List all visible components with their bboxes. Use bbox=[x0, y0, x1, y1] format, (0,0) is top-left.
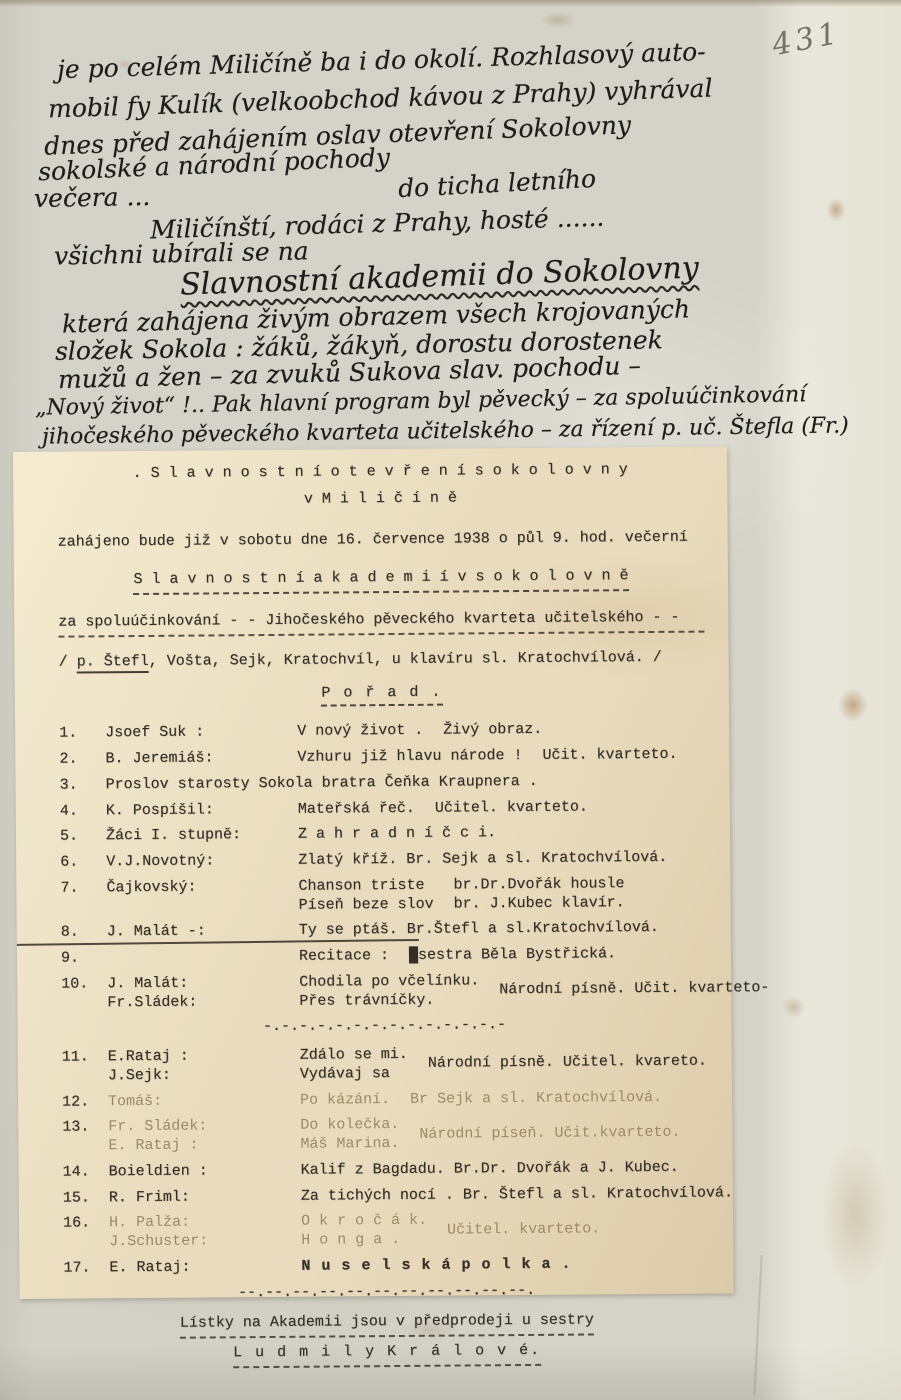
program-item: 13.Fr. Sládek:E. Rataj :Do kolečka.Máš M… bbox=[62, 1114, 708, 1157]
program-item: 11.E.Rataj :J.Sejk:Zdálo se mi.Vydávaj s… bbox=[62, 1044, 708, 1087]
program-item: 12.Tomáš:Po kázání.Br Sejk a sl. Kratoch… bbox=[62, 1088, 708, 1112]
handwriting-line: večera ... bbox=[34, 182, 151, 213]
program-separator: --.--.--.--.--.--.--.--.--.--.--. bbox=[64, 1280, 710, 1304]
program-item: 5.Žáci I. stupně:Z a h r a d n í č c i. bbox=[60, 823, 706, 847]
foxing-stain bbox=[826, 198, 846, 222]
flyer-date-line: zahájeno bude již v sobotu dne 16. červe… bbox=[58, 528, 704, 552]
program-item: 17.E. Rataj:N u s e l s k á p o l k a . bbox=[63, 1254, 709, 1278]
flyer-title-line1: . S l a v n o s t n í o t e v ř e n í s … bbox=[57, 461, 703, 485]
program-item: 2.B. Jeremiáš:Vzhuru již hlavu národe !U… bbox=[59, 746, 705, 770]
program-item: 15.R. Friml:Za tichých nocí . Br. Štefl … bbox=[63, 1184, 709, 1208]
program-item: 6.V.J.Novotný:Zlatý kříž. Br. Sejk a sl.… bbox=[60, 849, 706, 873]
program-title: P o ř a d . bbox=[321, 683, 442, 707]
program-item: 4.K. Pospíšil:Mateřská řeč.Učitel. kvart… bbox=[60, 797, 706, 821]
handwriting-line: jihočeského pěveckého kvarteta učitelské… bbox=[42, 413, 849, 449]
performers-rest: , Vošta, Sejk, Kratochvíl, u klavíru sl.… bbox=[149, 649, 662, 670]
handwriting-line: do ticha letního bbox=[397, 164, 596, 203]
flyer-performers-line: / p. Štefl, Vošta, Sejk, Kratochvíl, u k… bbox=[59, 648, 705, 672]
program-item: 8.J. Malát -:Ty se ptáš. Br.Štefl a sl.K… bbox=[61, 919, 707, 943]
program-item: 1.Jsoef Suk :V nový život .Živý obraz. bbox=[59, 720, 705, 744]
flyer-cooperation-line: za spoluúčinkování - - Jihočeského pěvec… bbox=[58, 609, 704, 638]
flyer-footer-line2: L u d m i l y K r á l o v é. bbox=[64, 1341, 710, 1370]
program-separator: -.-.-.-.-.-.-.-.-.-.-.-.-.- bbox=[61, 1015, 707, 1039]
foxing-stain bbox=[820, 1140, 890, 1290]
flyer-footer-line1: Lístky na Akademii jsou v předprodeji u … bbox=[64, 1311, 710, 1340]
program-list: 1.Jsoef Suk :V nový život .Živý obraz.2.… bbox=[59, 720, 710, 1304]
performers-prefix: / bbox=[59, 653, 77, 670]
program-item: 9.Recitace :█sestra Běla Bystřická. bbox=[61, 945, 707, 969]
program-title-wrap: P o ř a d . bbox=[59, 681, 705, 709]
flyer-heading: S l a v n o s t n í a k a d e m i í v s … bbox=[133, 567, 628, 595]
foxing-stain bbox=[540, 12, 576, 28]
performers-underlined-name: p. Štefl bbox=[77, 653, 149, 674]
flyer-heading-wrap: S l a v n o s t n í a k a d e m i í v s … bbox=[58, 567, 704, 596]
foxing-stain bbox=[838, 688, 868, 722]
flyer: . S l a v n o s t n í o t e v ř e n í s … bbox=[13, 446, 734, 1299]
program-item: 3.Proslov starosty Sokola bratra Čeňka K… bbox=[60, 771, 706, 795]
foxing-stain bbox=[782, 996, 806, 1018]
program-item: 7.Čajkovský:Chanson tristePíseň beze slo… bbox=[60, 874, 706, 917]
paper-crease bbox=[753, 1255, 762, 1395]
program-item: 10.J. Malát:Fr.Sládek:Chodila po včelínk… bbox=[61, 970, 707, 1013]
program-item: 14.Boieldien :Kalif z Bagdadu. Br.Dr. Dv… bbox=[63, 1158, 709, 1182]
page-number: 431 bbox=[769, 16, 844, 64]
flyer-title-line2: v M i l i č í n ě bbox=[57, 487, 703, 511]
program-item: 16.H. Palža:J.Schuster:O k r o č á k.H o… bbox=[63, 1210, 709, 1253]
chronicle-page: { "page_number": "431", "colors": { "pag… bbox=[0, 0, 901, 1400]
